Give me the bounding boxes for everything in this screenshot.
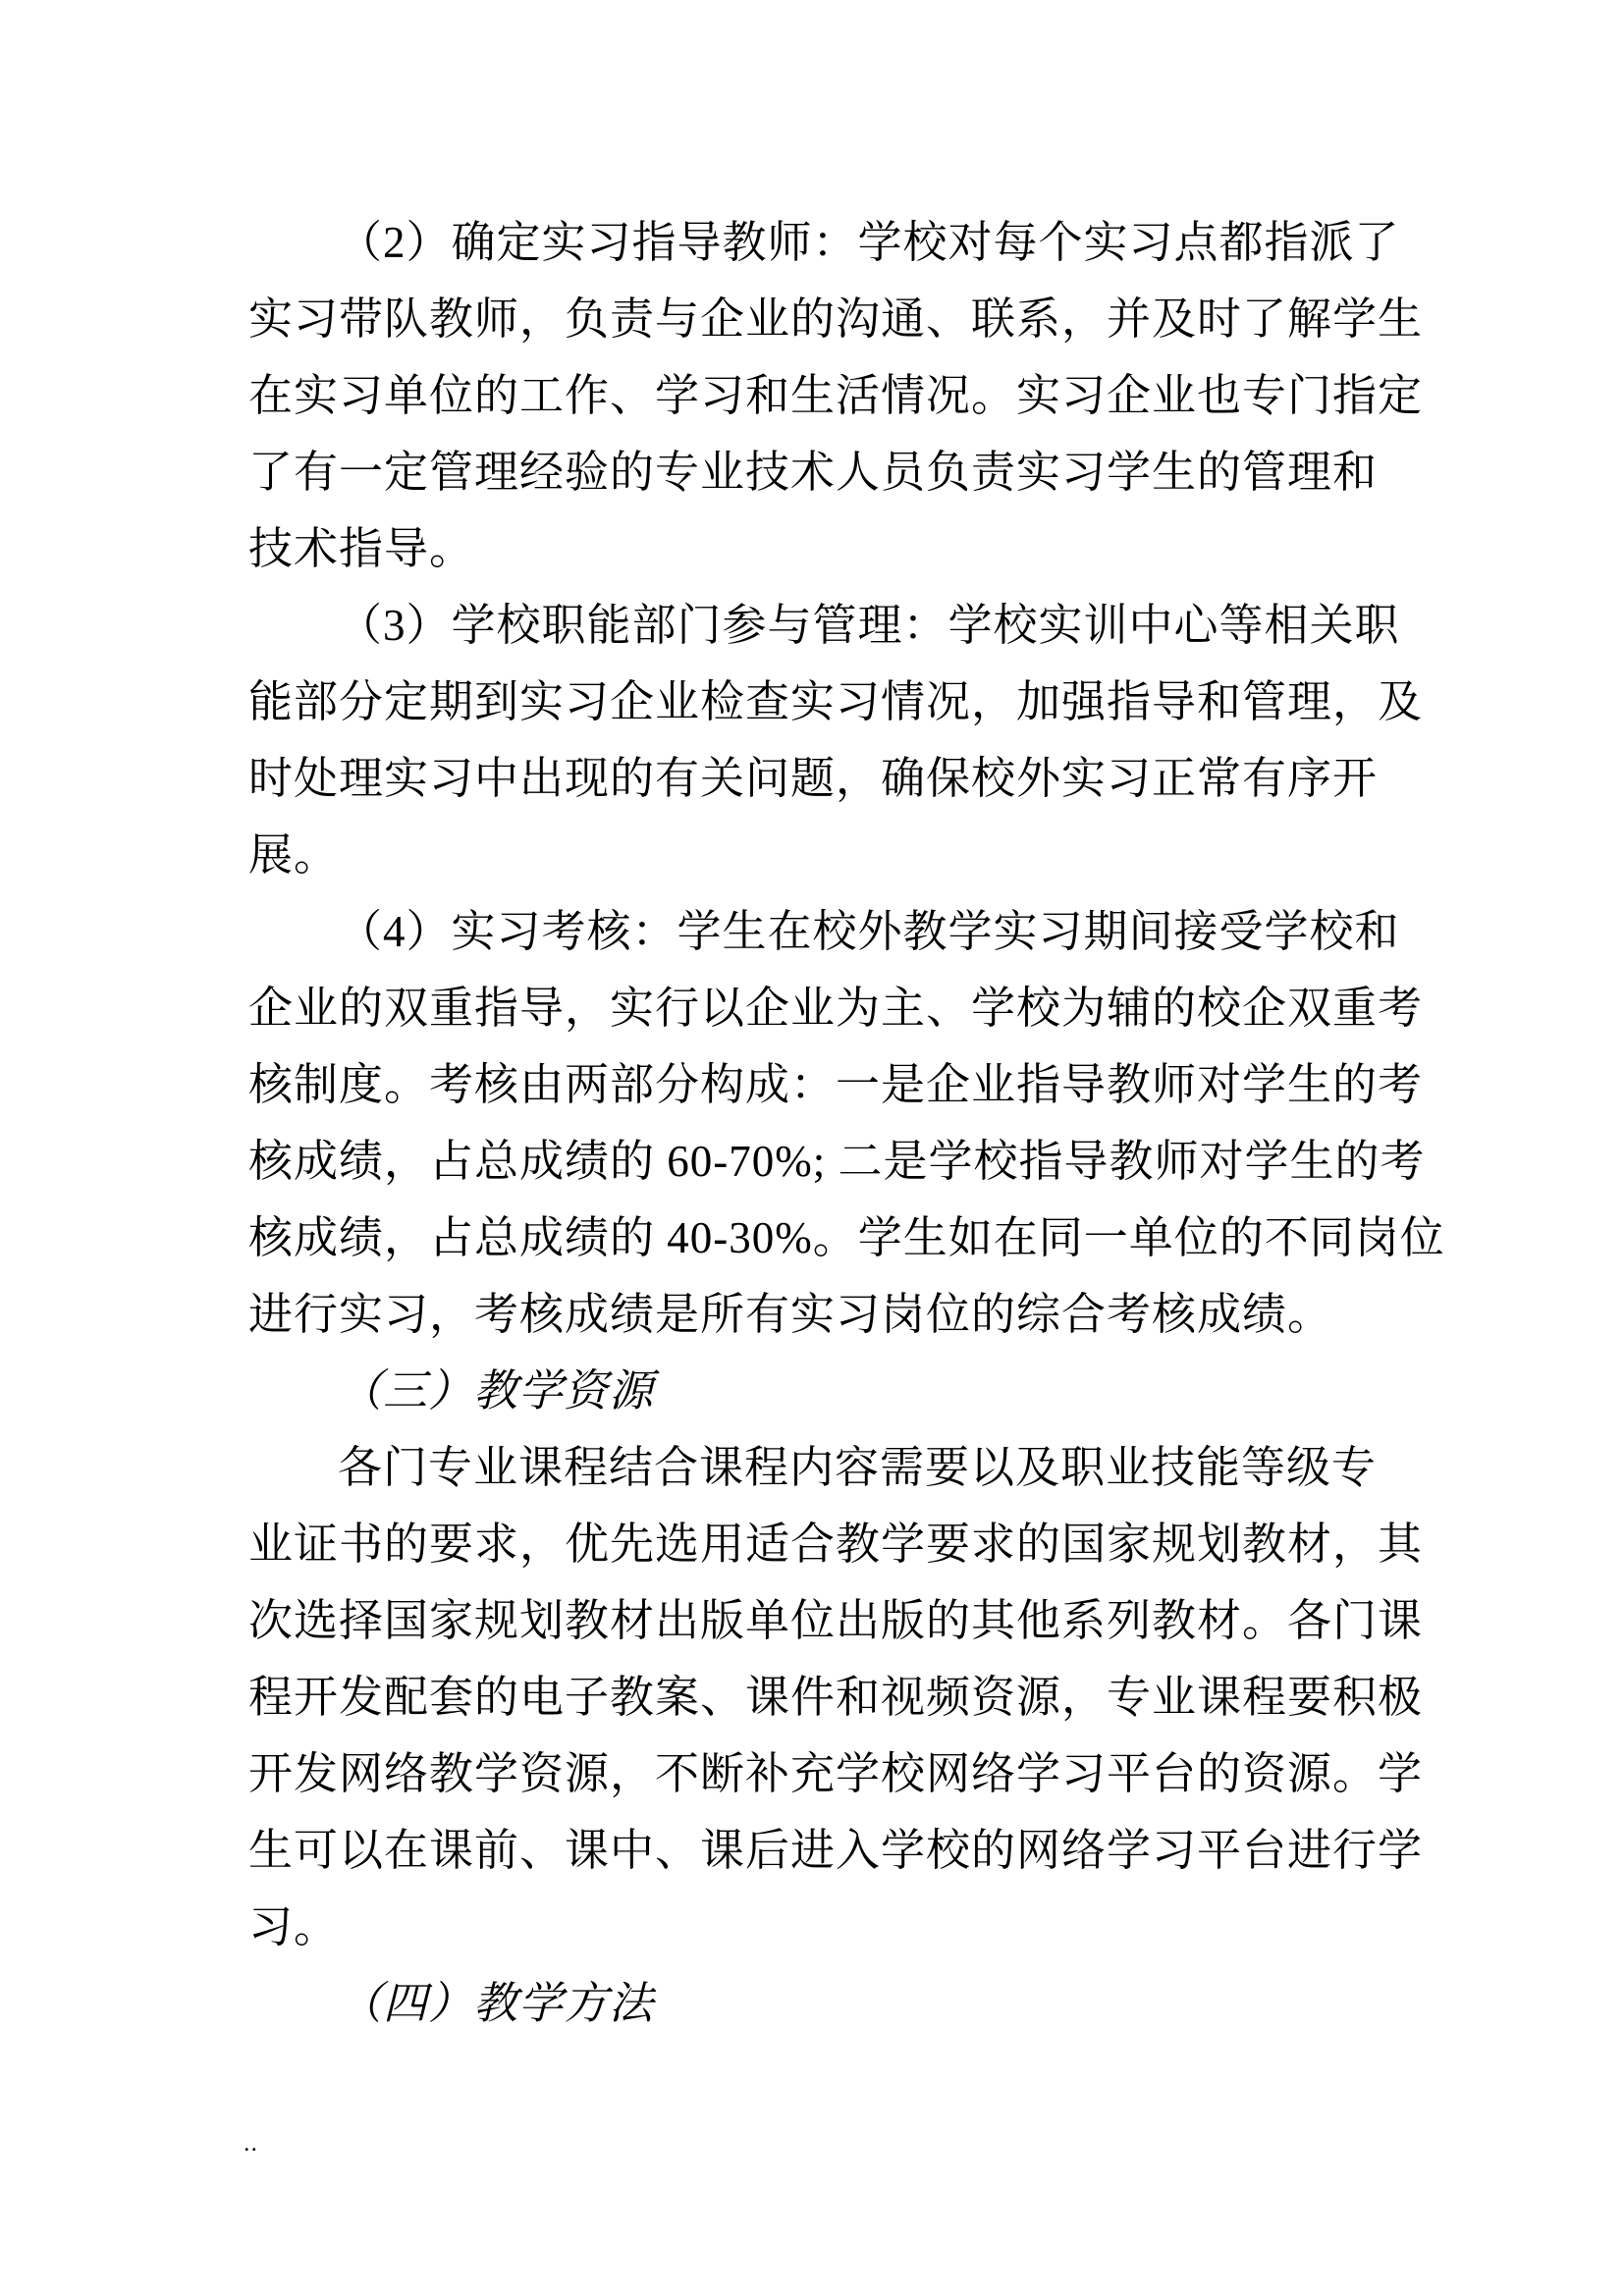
body-line: 开发网络教学资源，不断补充学校网络学习平台的资源。学 <box>248 1735 1402 1812</box>
paragraph-start-line: 各门专业课程结合课程内容需要以及职业技能等级专 <box>248 1429 1402 1506</box>
body-line: 核成绩，占总成绩的 60-70%; 二是学校指导教师对学生的考 <box>248 1123 1402 1200</box>
section-heading: （四）教学方法 <box>248 1965 1402 2042</box>
body-line: 在实习单位的工作、学习和生活情况。实习企业也专门指定 <box>248 357 1402 434</box>
body-line: 了有一定管理经验的专业技术人员负责实习学生的管理和 <box>248 434 1402 510</box>
footer-dots: .. <box>244 2136 259 2154</box>
body-line: 核制度。考核由两部分构成：一是企业指导教师对学生的考 <box>248 1046 1402 1123</box>
body-line: 生可以在课前、课中、课后进入学校的网络学习平台进行学 <box>248 1812 1402 1889</box>
body-line: 实习带队教师，负责与企业的沟通、联系，并及时了解学生 <box>248 281 1402 357</box>
paragraph-start-line: （4）实习考核：学生在校外教学实习期间接受学校和 <box>248 893 1402 970</box>
body-line: 能部分定期到实习企业检查实习情况，加强指导和管理，及 <box>248 664 1402 740</box>
body-line: 次选择国家规划教材出版单位出版的其他系列教材。各门课 <box>248 1582 1402 1659</box>
paragraph-end-line: 技术指导。 <box>248 510 1402 587</box>
paragraph-start-line: （2）确定实习指导教师：学校对每个实习点都指派了 <box>248 204 1402 281</box>
body-line: 时处理实习中出现的有关问题，确保校外实习正常有序开 <box>248 740 1402 817</box>
document-text-block: （2）确定实习指导教师：学校对每个实习点都指派了 实习带队教师，负责与企业的沟通… <box>248 204 1402 2042</box>
paragraph-end-line: 习。 <box>248 1889 1402 1965</box>
section-heading: （三）教学资源 <box>248 1353 1402 1429</box>
body-line: 程开发配套的电子教案、课件和视频资源，专业课程要积极 <box>248 1659 1402 1735</box>
paragraph-end-line: 展。 <box>248 817 1402 893</box>
body-line: 业证书的要求，优先选用适合教学要求的国家规划教材，其 <box>248 1506 1402 1582</box>
body-line: 企业的双重指导，实行以企业为主、学校为辅的校企双重考 <box>248 970 1402 1046</box>
paragraph-end-line: 进行实习，考核成绩是所有实习岗位的综合考核成绩。 <box>248 1276 1402 1353</box>
document-page: （2）确定实习指导教师：学校对每个实习点都指派了 实习带队教师，负责与企业的沟通… <box>0 0 1624 2296</box>
paragraph-start-line: （3）学校职能部门参与管理：学校实训中心等相关职 <box>248 587 1402 664</box>
body-line: 核成绩，占总成绩的 40-30%。学生如在同一单位的不同岗位 <box>248 1200 1402 1276</box>
